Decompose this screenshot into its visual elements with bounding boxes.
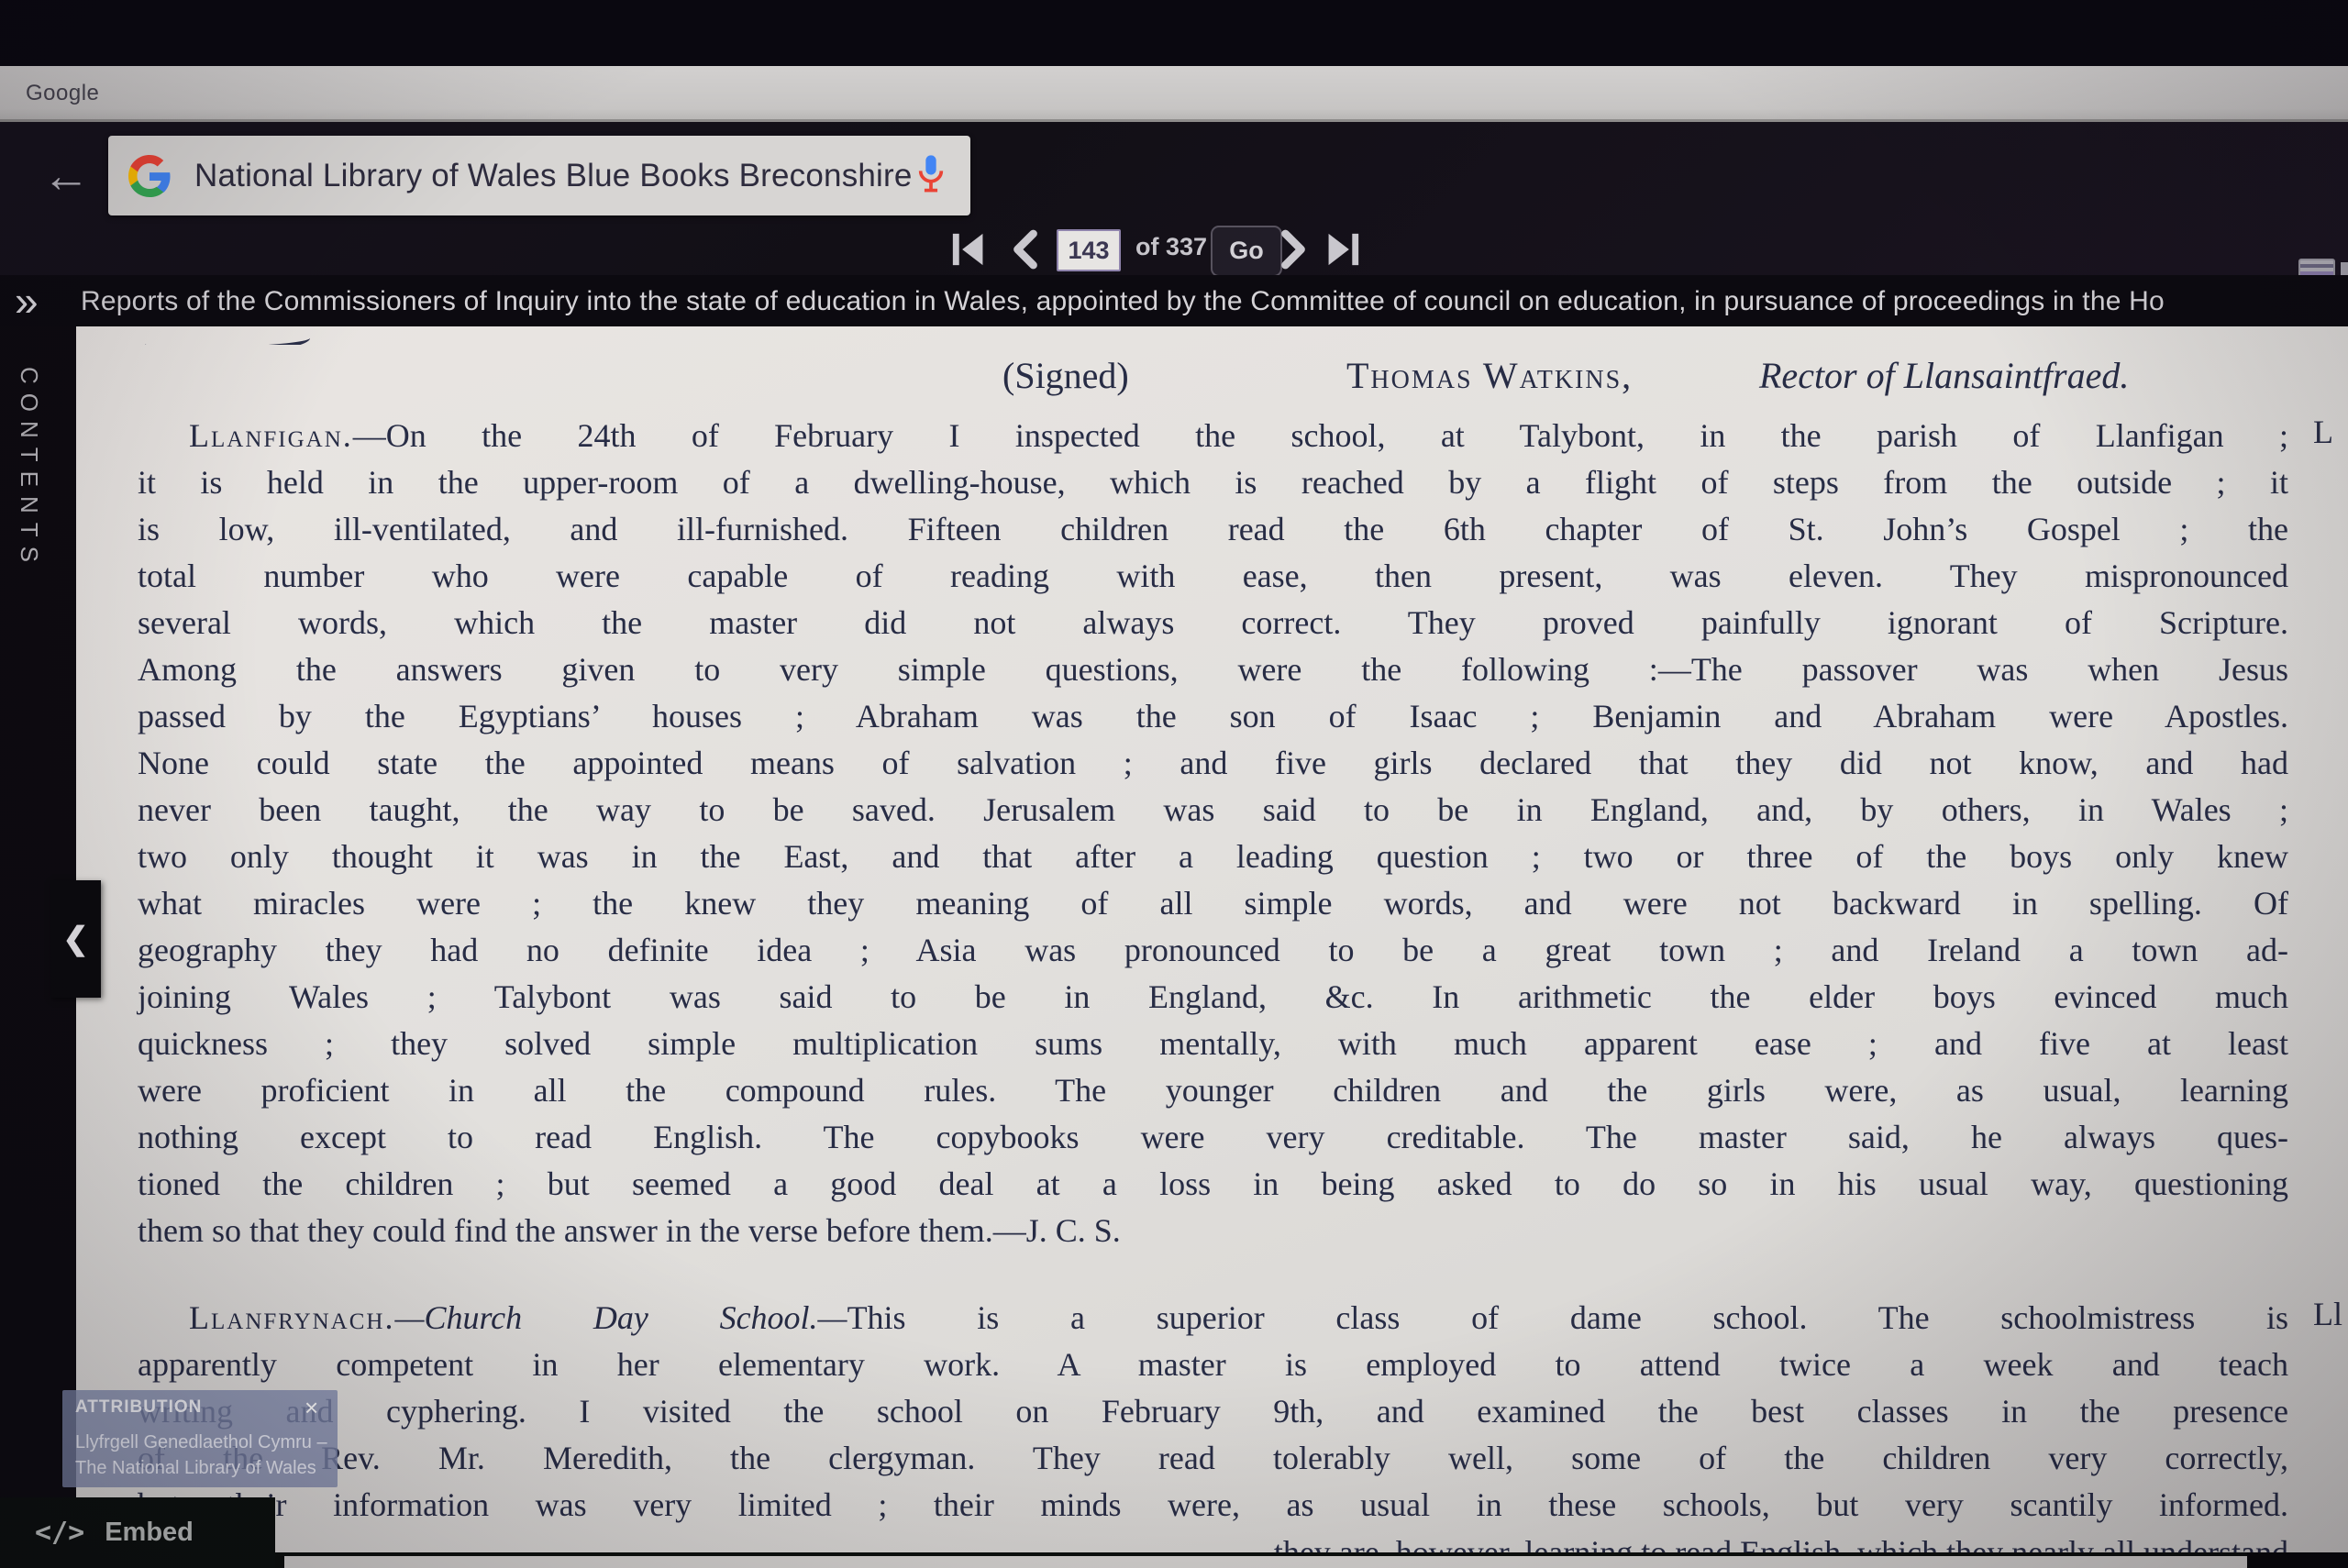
scanned-page: (Signed) Thomas Watkins, Rector of Llans… [76,326,2348,1552]
doc-line: quickness ; they solved simple multiplic… [138,1021,2288,1067]
doc-line: tioned the children ; but seemed a good … [138,1161,2288,1208]
doc-line: them so that they could find the answer … [138,1208,2288,1254]
attribution-heading: ATTRIBUTION [75,1397,202,1418]
doc-line: never been taught, the way to be saved. … [138,787,2288,834]
signed-title: Rector of Llansaintfraed. [1759,354,2129,397]
doc-line: it is held in the upper-room of a dwelli… [138,459,2288,506]
doc-line: passed by the Egyptians’ houses ; Abraha… [138,693,2288,740]
clipped-text-fragment [145,326,365,345]
close-icon[interactable]: × [305,1394,318,1422]
search-bar[interactable]: National Library of Wales Blue Books Bre… [108,136,970,215]
embed-label: Embed [105,1518,194,1548]
doc-line: writing and cyphering. I visited the sch… [138,1388,2288,1435]
signed-line: (Signed) Thomas Watkins, Rector of Llans… [76,354,2348,403]
doc-line: several words, which the master did not … [138,600,2288,646]
code-icon: </> [35,1517,84,1549]
doc-line: is low, ill-ventilated, and ill-furnishe… [138,506,2288,553]
bottom-white-strip [284,1556,2247,1568]
clipped-last-line: Th they are, however, learning to read E… [138,1533,2288,1552]
attribution-line: Llyfrgell Genedlaethol Cymru – [75,1432,327,1453]
doc-line: None could state the appointed means of … [138,740,2288,787]
doc-line: Llanfigan.—On the 24th of February I ins… [138,413,2288,459]
browser-tab-bar [0,66,2348,122]
last-page-button[interactable] [1321,227,1365,271]
doc-line: nothing except to read English. The copy… [138,1114,2288,1161]
attribution-popup: ATTRIBUTION × Llyfrgell Genedlaethol Cym… [62,1390,338,1487]
doc-line: joining Wales ; Talybont was said to be … [138,974,2288,1021]
microphone-icon[interactable] [915,152,947,200]
doc-line: what miracles were ; the knew they meani… [138,880,2288,927]
screen-top-black [0,0,2348,66]
paragraph-llanfigan: Llanfigan.—On the 24th of February I ins… [138,413,2288,1254]
document-title: Reports of the Commissioners of Inquiry … [81,286,2346,317]
sidebar-contents-tab[interactable]: CONTENTS [15,367,43,571]
doc-line: of the Rev. Mr. Meredith, the clergyman.… [138,1435,2288,1482]
bottom-corner [2247,1552,2348,1568]
attribution-line: The National Library of Wales [75,1458,316,1479]
page-total-label: of 337 [1135,233,1207,261]
page-number-input[interactable] [1057,229,1121,271]
search-input[interactable]: National Library of Wales Blue Books Bre… [194,158,915,194]
chevron-left-icon: ❮ [62,921,89,957]
first-page-button[interactable] [947,227,991,271]
doc-line: apparently competent in her elementary w… [138,1342,2288,1388]
sidebar-expand-icon[interactable]: » [15,279,39,323]
previous-page-button[interactable] [1003,227,1047,271]
doc-line: but their information was very limited ;… [138,1482,2288,1529]
school-type-lead: —Church Day School.— [394,1299,847,1336]
clipped-line-end: they are, however, learning to read Engl… [1274,1533,2288,1552]
doc-line: Among the answers given to very simple q… [138,646,2288,693]
doc-line: two only thought it was in the East, and… [138,834,2288,880]
browser-tab-google[interactable]: Google [26,81,99,106]
doc-line: Llanfrynach.—Church Day School.—This is … [138,1295,2288,1342]
next-page-button[interactable] [1271,227,1315,271]
paragraph-llanfrynach: Llanfrynach.—Church Day School.—This is … [138,1295,2288,1529]
doc-line: were proficient in all the compound rule… [138,1067,2288,1114]
margin-note: L [2313,413,2333,451]
margin-note: Ll [2313,1295,2342,1333]
signed-label: (Signed) [1002,354,1129,397]
place-lead: Llanfigan. [189,417,353,454]
google-g-icon [128,155,171,197]
signed-name: Thomas Watkins, [1346,354,1633,397]
panel-collapse-tab[interactable]: ❮ [50,880,101,998]
place-lead: Llanfrynach. [189,1299,394,1336]
back-button[interactable]: ← [39,149,94,204]
embed-button[interactable]: </> Embed [0,1497,275,1568]
doc-line: geography they had no definite idea ; As… [138,927,2288,974]
doc-line: total number who were capable of reading… [138,553,2288,600]
